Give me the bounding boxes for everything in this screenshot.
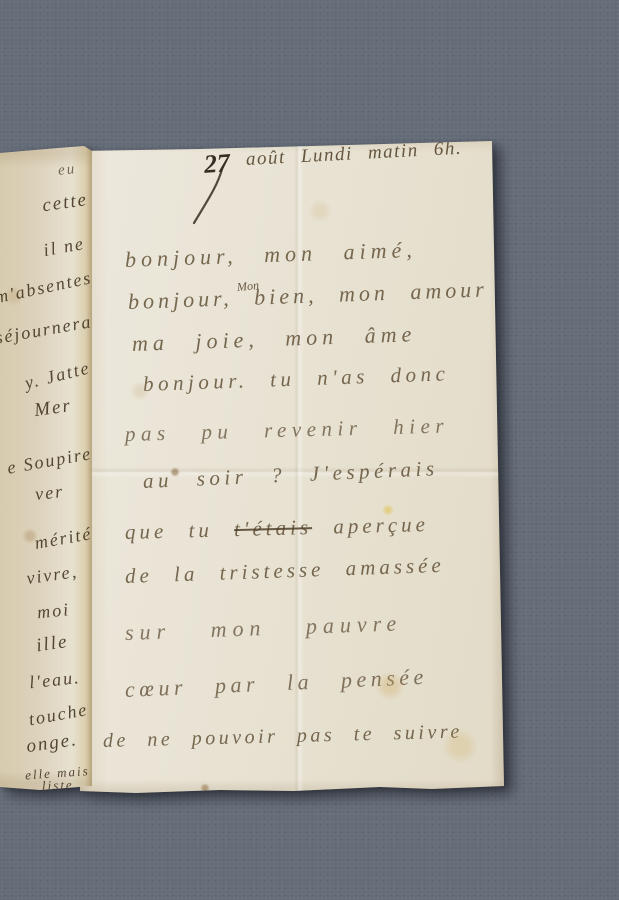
photo-background: eu cette il ne m'absentes séjournera y. …: [0, 0, 619, 900]
strike-line-prefix: que tu: [125, 518, 214, 544]
margin-fragment: cette: [41, 190, 89, 215]
handwriting-line: pas pu revenir hier: [125, 416, 450, 445]
handwriting-line-with-strikethrough: que tu t'étais aperçue: [125, 514, 429, 543]
handwriting-line: de la tristesse amassée: [125, 555, 445, 587]
date-text: août Lundi matin 6h.: [245, 141, 462, 171]
pen-flourish: [190, 167, 226, 227]
letter-left-page-edge: eu cette il ne m'absentes séjournera y. …: [0, 146, 92, 791]
handwriting-line: bonjour, bien, mon amour: [128, 278, 489, 313]
margin-fragment: l'eau.: [28, 668, 81, 691]
margin-fragment: m'absentes: [0, 268, 92, 306]
margin-fragment: eu: [57, 162, 77, 179]
letter-main-page: 27 août Lundi matin 6h. bonjour, mon aim…: [80, 141, 504, 793]
margin-fragment: moi: [36, 600, 71, 621]
margin-fragment: vivre,: [25, 562, 79, 587]
handwriting-line: bonjour. tu n'as donc: [143, 363, 450, 395]
margin-fragment: mérité: [33, 524, 92, 552]
handwriting-line: sur mon pauvre: [125, 612, 403, 644]
strike-line-suffix: aperçue: [333, 512, 429, 538]
handwriting-line: ma joie, mon âme: [132, 323, 417, 355]
margin-fragment: e Soupire: [6, 444, 92, 477]
margin-fragment: onge.: [25, 730, 79, 756]
handwriting-line: de ne pouvoir pas te suivre: [103, 722, 463, 751]
margin-fragment: y. Jatte: [23, 358, 92, 392]
handwriting-line: cœur par la pensée: [125, 666, 429, 701]
handwriting-line: au soir ? J'espérais: [143, 458, 439, 492]
struck-word: t'étais: [234, 515, 313, 541]
margin-fragment: séjournera: [0, 312, 92, 347]
margin-fragment: ille: [35, 632, 70, 655]
letter-photo: eu cette il ne m'absentes séjournera y. …: [0, 0, 619, 900]
margin-fragment-underlined: liste: [42, 778, 74, 791]
margin-fragment: touche: [27, 700, 89, 728]
margin-fragment: Mer: [33, 396, 73, 420]
handwriting-line: bonjour, mon aimé,: [125, 239, 417, 271]
margin-fragment: il ne: [42, 234, 86, 259]
margin-fragment: ver: [34, 482, 65, 503]
